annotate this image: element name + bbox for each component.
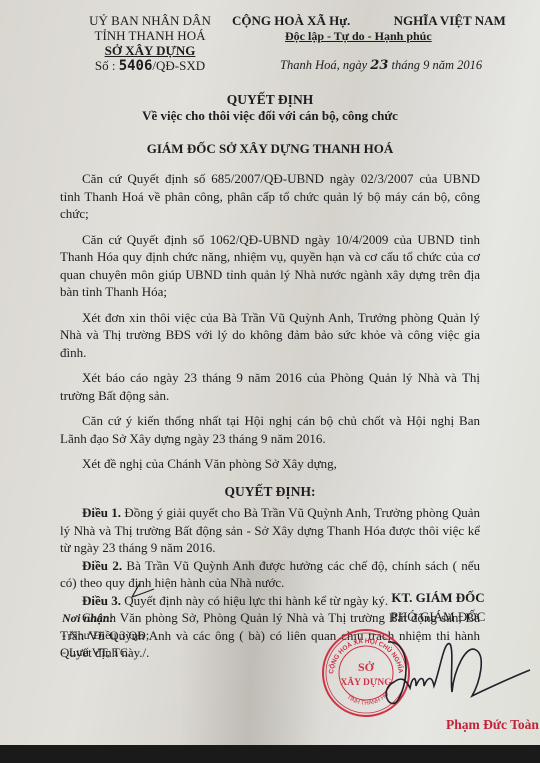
document-number: Số : 5406/QĐ-SXD xyxy=(60,58,240,74)
signer-title-1: KT. GIÁM ĐỐC xyxy=(368,590,508,606)
issuer-title: GIÁM ĐỐC SỞ XÂY DỰNG THANH HOÁ xyxy=(0,141,540,157)
document-page: UỶ BAN NHÂN DÂN TỈNH THANH HOÁ SỞ XÂY DỰ… xyxy=(0,0,540,745)
article-2-text: Bà Trần Vũ Quỳnh Anh được hưởng các chế … xyxy=(60,558,480,591)
decision-heading: QUYẾT ĐỊNH: xyxy=(60,483,480,501)
recipients-label: Nơi nhận: xyxy=(62,610,149,627)
preamble-4: Xét báo cáo ngày 23 tháng 9 năm 2016 của… xyxy=(60,369,480,404)
svg-text:SỞ: SỞ xyxy=(358,660,375,674)
preamble-1: Căn cứ Quyết định số 685/2007/QĐ-UBND ng… xyxy=(60,170,480,223)
article-3-label: Điều 3. xyxy=(82,593,121,608)
document-body: Căn cứ Quyết định số 685/2007/QĐ-UBND ng… xyxy=(60,170,480,662)
date-day: 23 xyxy=(370,58,388,73)
national-title-b: NGHĨA VIỆT NAM xyxy=(394,13,506,29)
article-1: Điều 1. Đồng ý giải quyết cho Bà Trần Vũ… xyxy=(60,504,480,557)
number-suffix: /QĐ-SXD xyxy=(152,58,205,73)
preamble-5: Căn cứ ý kiến thống nhất tại Hội nghị cá… xyxy=(60,412,480,447)
article-1-label: Điều 1. xyxy=(82,505,121,520)
number-value: 5406 xyxy=(119,58,153,74)
signature-icon xyxy=(380,630,540,710)
article-2: Điều 2. Bà Trần Vũ Quỳnh Anh được hưởng … xyxy=(60,557,480,592)
agency-line-2: TỈNH THANH HOÁ xyxy=(60,28,240,43)
agency-line-1: UỶ BAN NHÂN DÂN xyxy=(60,13,240,28)
document-subtitle: Về việc cho thôi việc đối với cán bộ, cô… xyxy=(0,108,540,124)
recipient-item: - Lưu VT, TC. xyxy=(62,644,149,661)
article-3-text: Quyết định này có hiệu lực thi hành kể t… xyxy=(121,593,388,608)
issue-date: Thanh Hoá, ngày 23 tháng 9 năm 2016 xyxy=(280,58,482,73)
national-motto: Độc lập - Tự do - Hạnh phúc xyxy=(285,29,432,44)
signer-title-2: PHÓ GIÁM ĐỐC xyxy=(368,609,508,625)
agency-header: UỶ BAN NHÂN DÂN TỈNH THANH HOÁ SỞ XÂY DỰ… xyxy=(60,13,240,74)
signer-name: Phạm Đức Toàn xyxy=(446,717,539,733)
date-prefix: Thanh Hoá, ngày xyxy=(280,58,367,72)
preamble-2: Căn cứ Quyết định số 1062/QĐ-UBND ngày 1… xyxy=(60,231,480,301)
national-title-a: CỘNG HOÀ XÃ Hự. xyxy=(232,13,350,29)
number-label: Số : xyxy=(95,58,116,73)
preamble-6: Xét đề nghị của Chánh Văn phòng Sở Xây d… xyxy=(60,455,480,473)
recipients-block: Nơi nhận: - Như Điều 3 QĐ; - Lưu VT, TC. xyxy=(62,610,149,661)
article-1-text: Đồng ý giải quyết cho Bà Trần Vũ Quỳnh A… xyxy=(60,505,480,555)
article-2-label: Điều 2. xyxy=(82,558,122,573)
initial-mark-icon xyxy=(128,581,158,599)
agency-line-3: SỞ XÂY DỰNG xyxy=(60,43,240,58)
subtitle-text: Về việc cho thôi việc đối với cán bộ, cô… xyxy=(142,108,398,123)
recipient-item: - Như Điều 3 QĐ; xyxy=(62,627,149,644)
signer-block: KT. GIÁM ĐỐC PHÓ GIÁM ĐỐC xyxy=(368,590,508,625)
photo-bottom-edge xyxy=(0,745,540,763)
national-title: CỘNG HOÀ XÃ Hự. NGHĨA VIỆT NAM xyxy=(232,13,506,29)
date-suffix: tháng 9 năm 2016 xyxy=(392,58,483,72)
document-title: QUYẾT ĐỊNH xyxy=(0,92,540,108)
preamble-3: Xét đơn xin thôi việc của Bà Trần Vũ Quỳ… xyxy=(60,309,480,362)
